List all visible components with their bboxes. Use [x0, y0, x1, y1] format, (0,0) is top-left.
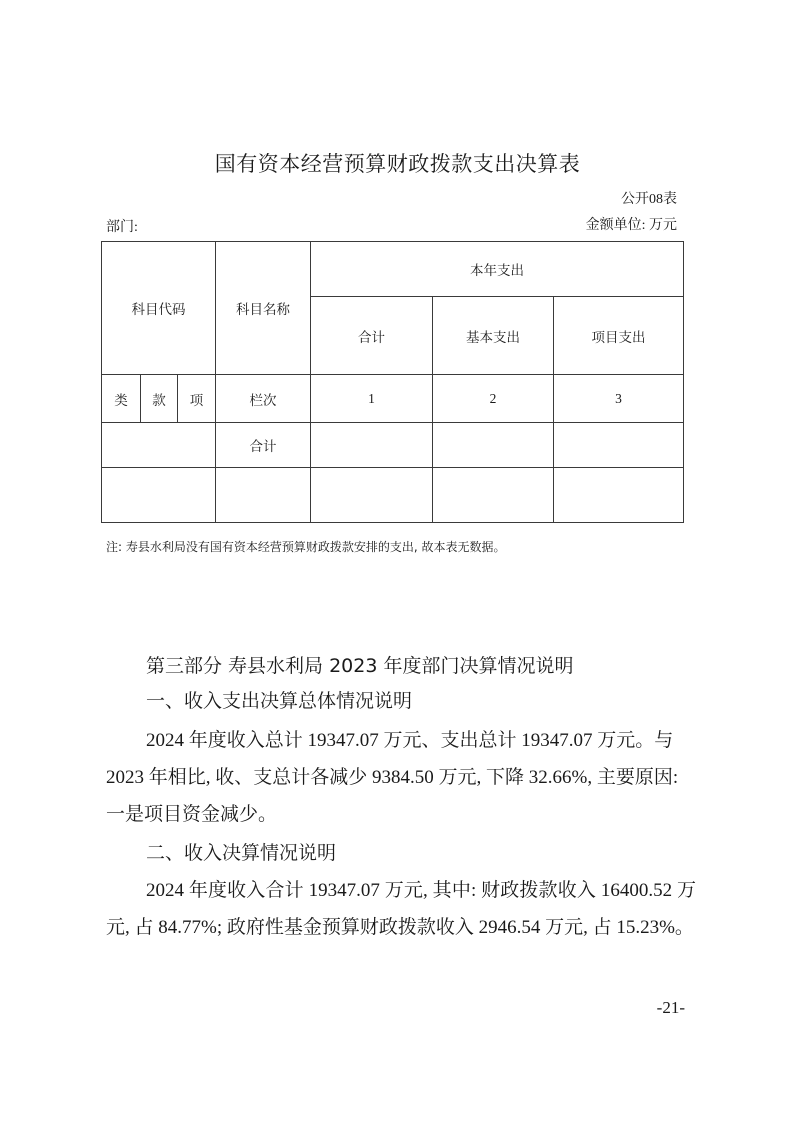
section2-paragraph: 2024 年度收入合计 19347.07 万元, 其中: 财政拨款收入 1640…: [106, 872, 696, 946]
section1-heading: 一、收入支出决算总体情况说明: [146, 686, 412, 713]
empty-row-name: [216, 468, 311, 523]
col-lei: 类: [102, 375, 141, 423]
table-note: 注: 寿县水利局没有国有资本经营预算财政拨款安排的支出, 故本表无数据。: [106, 538, 506, 555]
header-basic: 基本支出: [433, 297, 554, 375]
header-name: 科目名称: [216, 242, 311, 375]
col-index-2: 2: [433, 375, 554, 423]
col-kuan: 款: [141, 375, 178, 423]
empty-row-code: [102, 468, 216, 523]
total-row-label: 合计: [216, 423, 311, 468]
header-project: 项目支出: [554, 297, 684, 375]
section2-heading: 二、收入决算情况说明: [146, 838, 336, 865]
page-number: -21-: [657, 998, 685, 1018]
table-title: 国有资本经营预算财政拨款支出决算表: [0, 148, 795, 178]
form-number: 公开08表: [621, 188, 677, 208]
total-row-code: [102, 423, 216, 468]
total-row-project: [554, 423, 684, 468]
empty-row-project: [554, 468, 684, 523]
header-current-year: 本年支出: [311, 242, 684, 297]
section1-paragraph: 2024 年度收入总计 19347.07 万元、支出总计 19347.07 万元…: [106, 722, 696, 833]
empty-row-total: [311, 468, 433, 523]
part-heading: 第三部分 寿县水利局 2023 年度部门决算情况说明: [146, 651, 573, 678]
col-index-3: 3: [554, 375, 684, 423]
col-lanci: 栏次: [216, 375, 311, 423]
total-row-total: [311, 423, 433, 468]
empty-row-basic: [433, 468, 554, 523]
expenditure-table: 科目代码 科目名称 本年支出 合计 基本支出 项目支出 类 款 项 栏次 1 2…: [101, 241, 684, 523]
header-code: 科目代码: [102, 242, 216, 375]
header-total: 合计: [311, 297, 433, 375]
total-row-basic: [433, 423, 554, 468]
col-xiang: 项: [178, 375, 216, 423]
unit-label: 金额单位: 万元: [586, 214, 677, 234]
col-index-1: 1: [311, 375, 433, 423]
department-label: 部门:: [106, 216, 138, 236]
